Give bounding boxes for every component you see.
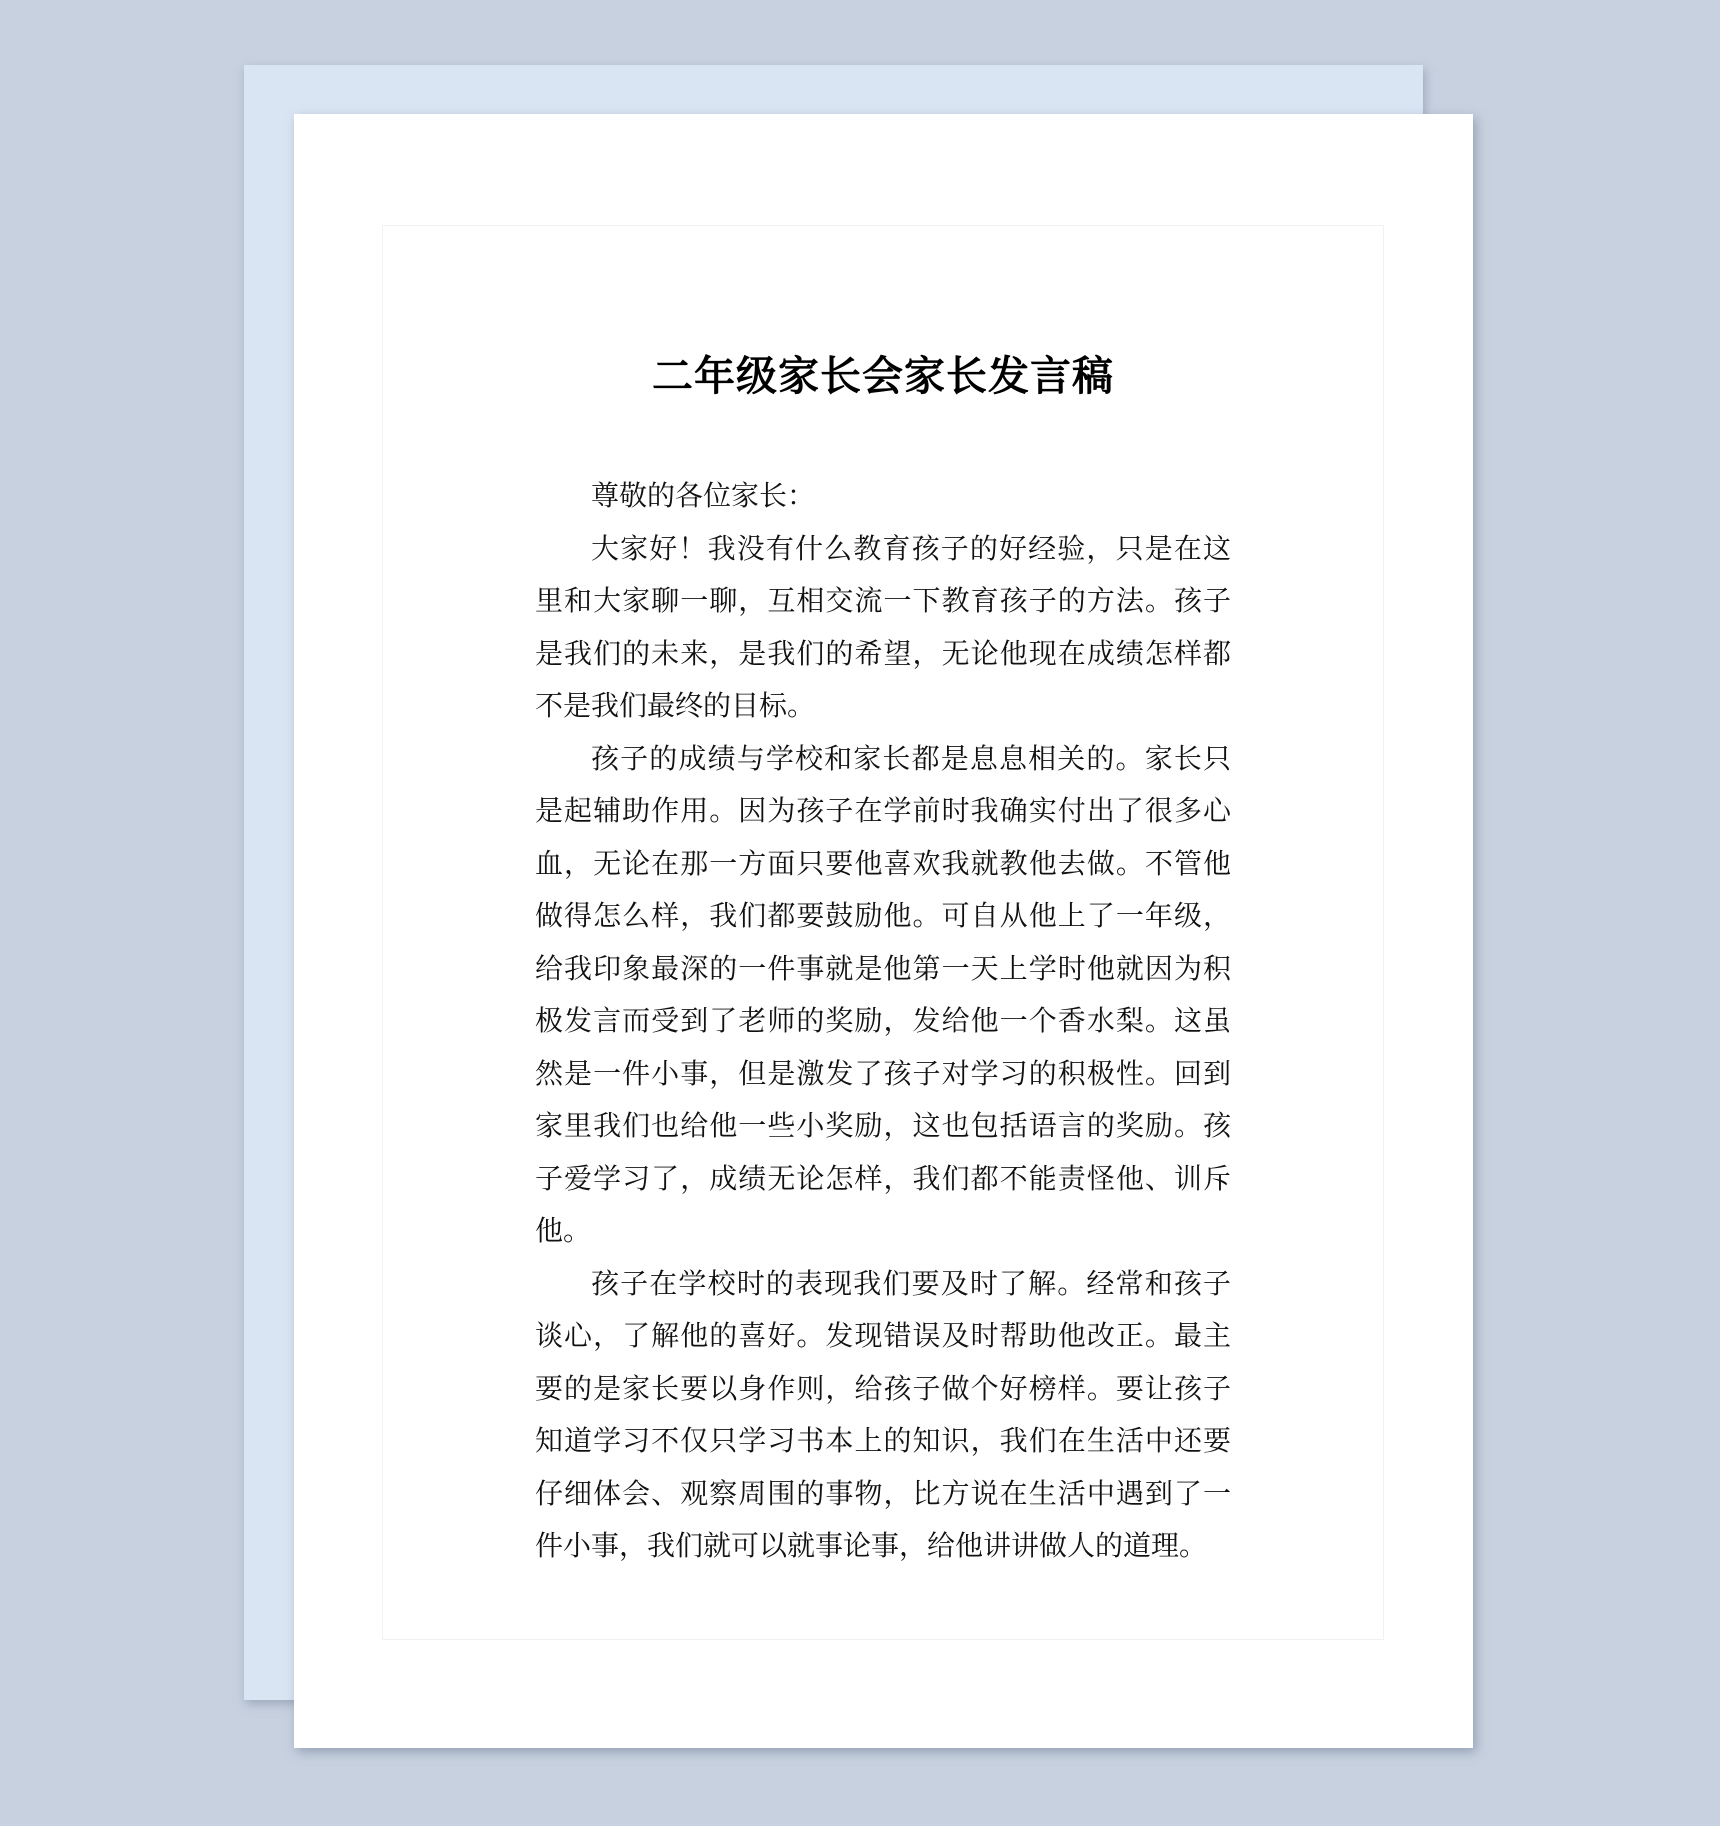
document-page: 二年级家长会家长发言稿 尊敬的各位家长： 大家好！我没有什么教育孩子的好经验，只… [294, 114, 1473, 1748]
paragraph: 大家好！我没有什么教育孩子的好经验，只是在这里和大家聊一聊，互相交流一下教育孩子… [535, 524, 1231, 734]
salutation: 尊敬的各位家长： [535, 471, 1231, 524]
paragraph: 孩子在学校时的表现我们要及时了解。经常和孩子谈心，了解他的喜好。发现错误及时帮助… [535, 1259, 1231, 1574]
document-title: 二年级家长会家长发言稿 [535, 352, 1231, 401]
document-body: 尊敬的各位家长： 大家好！我没有什么教育孩子的好经验，只是在这里和大家聊一聊，互… [535, 471, 1231, 1574]
desktop-background: { "document": { "title": "二年级家长会家长发言稿", … [0, 0, 1720, 1826]
document-content: 二年级家长会家长发言稿 尊敬的各位家长： 大家好！我没有什么教育孩子的好经验，只… [535, 114, 1231, 1574]
paragraph: 孩子的成绩与学校和家长都是息息相关的。家长只是起辅助作用。因为孩子在学前时我确实… [535, 734, 1231, 1259]
